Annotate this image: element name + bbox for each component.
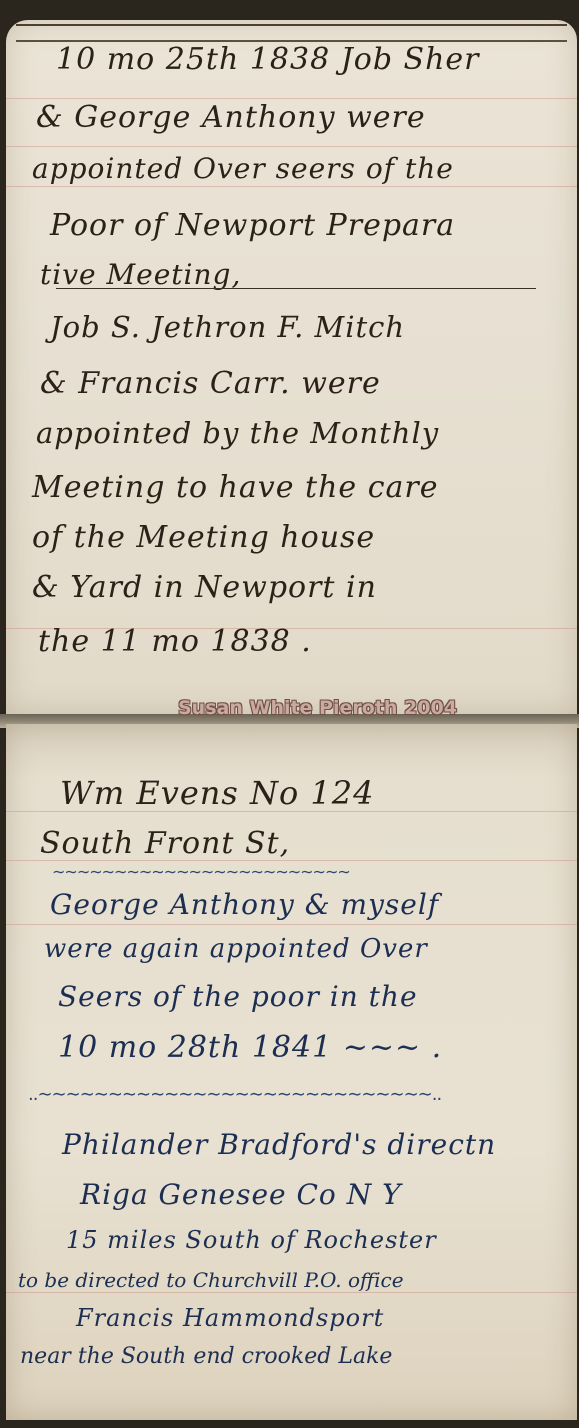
handwritten-line: & George Anthony were	[36, 100, 426, 135]
ruled-line	[6, 98, 577, 99]
handwritten-line: Job S. Jethron F. Mitch	[50, 310, 405, 344]
handwritten-line: Wm Evens No 124	[60, 774, 375, 812]
top-page: 10 mo 25th 1838 Job Sher & George Anthon…	[6, 20, 577, 714]
handwritten-line: the 11 mo 1838 .	[38, 624, 312, 659]
handwritten-line: Seers of the poor in the	[58, 980, 418, 1013]
handwritten-line: near the South end crooked Lake	[20, 1344, 392, 1369]
section-divider	[56, 288, 536, 289]
handwritten-line: & Francis Carr. were	[40, 366, 381, 401]
bottom-page: Wm Evens No 124 South Front St, ∼∼∼∼∼∼∼∼…	[6, 724, 577, 1420]
handwritten-line: Meeting to have the care	[32, 470, 439, 505]
handwritten-line: appointed by the Monthly	[36, 416, 439, 450]
handwritten-line: 10 mo 25th 1838 Job Sher	[56, 42, 480, 77]
handwritten-line: to be directed to Churchvill P.O. office	[18, 1268, 404, 1292]
handwritten-line: Philander Bradford's directn	[62, 1128, 496, 1161]
handwritten-line: tive Meeting,	[40, 258, 241, 291]
handwritten-line: George Anthony & myself	[50, 888, 439, 921]
handwritten-line: appointed Over seers of the	[32, 152, 454, 185]
handwritten-line: Riga Genesee Co N Y	[80, 1178, 402, 1211]
ruled-line	[6, 186, 577, 187]
notebook-scan: 10 mo 25th 1838 Job Sher & George Anthon…	[0, 0, 579, 1428]
squiggle-divider: ∼∼∼∼∼∼∼∼∼∼∼∼∼∼∼∼∼∼∼∼∼∼∼∼	[52, 862, 350, 881]
handwritten-line: 10 mo 28th 1841 ~~~ .	[58, 1030, 442, 1065]
handwritten-line: Francis Hammondsport	[76, 1304, 384, 1332]
handwritten-line: & Yard in Newport in	[32, 570, 377, 605]
handwritten-line: of the Meeting house	[32, 520, 375, 555]
handwritten-line: were again appointed Over	[44, 934, 428, 964]
handwritten-line: South Front St,	[40, 826, 290, 861]
handwritten-line: 15 miles South of Rochester	[66, 1226, 437, 1254]
ruled-line	[6, 924, 577, 925]
squiggle-divider: ..∼∼∼∼∼∼∼∼∼∼∼∼∼∼∼∼∼∼∼∼∼∼∼∼∼∼∼∼..	[28, 1084, 441, 1105]
ruled-line	[6, 146, 577, 147]
ruled-line	[6, 1292, 577, 1293]
handwritten-line: Poor of Newport Prepara	[50, 208, 455, 243]
copyright-watermark: Susan White Pieroth 2004	[178, 697, 457, 719]
